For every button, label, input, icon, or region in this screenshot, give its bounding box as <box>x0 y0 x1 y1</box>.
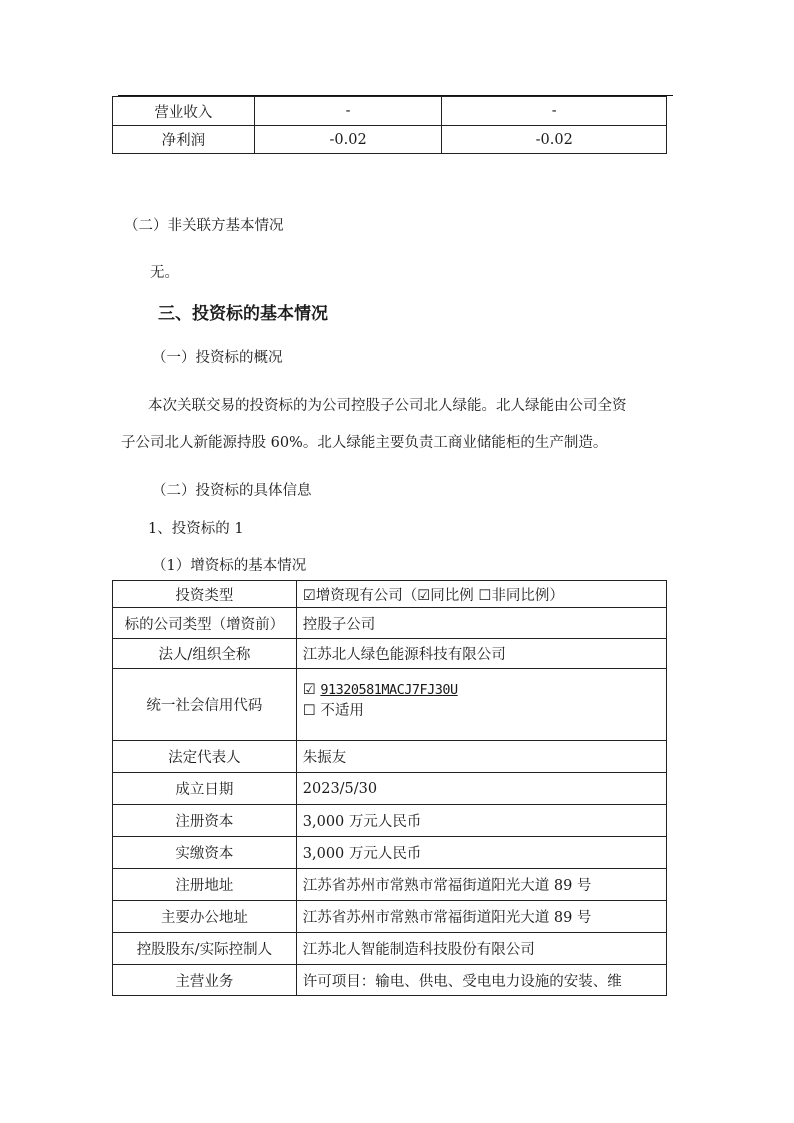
row-label: 主要办公地址 <box>113 901 297 933</box>
table-row: 投资类型 ☑增资现有公司（☑同比例 ☐非同比例） <box>113 581 667 608</box>
non-related-body: 无。 <box>150 263 179 283</box>
cell-value: -0.02 <box>254 126 442 154</box>
basic-info-heading: （1）增资标的基本情况 <box>152 556 306 576</box>
row-label: 营业收入 <box>113 97 255 126</box>
table-row: 主要办公地址 江苏省苏州市常熟市常福街道阳光大道 89 号 <box>113 901 667 933</box>
row-label: 法定代表人 <box>113 741 297 773</box>
unchecked-box-icon[interactable]: ☐ <box>478 588 491 604</box>
row-value: 江苏北人绿色能源科技有限公司 <box>296 639 666 669</box>
table-row: 实缴资本 3,000 万元人民币 <box>113 837 667 869</box>
overview-paragraph-line2: 子公司北人新能源持股 60%。北人绿能主要负责工商业储能柜的生产制造。 <box>121 433 607 453</box>
table-row: 成立日期 2023/5/30 <box>113 773 667 805</box>
table-row: 净利润 -0.02 -0.02 <box>113 126 667 154</box>
table-row: 统一社会信用代码 ☑ 91320581MACJ7FJ30U ☐ 不适用 <box>113 669 667 741</box>
cell-value: - <box>254 97 442 126</box>
unchecked-box-icon[interactable]: ☐ <box>303 703 316 719</box>
row-label: 法人/组织全称 <box>113 639 297 669</box>
credit-code-cell: ☑ 91320581MACJ7FJ30U ☐ 不适用 <box>296 669 666 741</box>
row-label: 成立日期 <box>113 773 297 805</box>
cell-value: -0.02 <box>442 126 667 154</box>
row-label: 控股股东/实际控制人 <box>113 933 297 965</box>
table-row: 法定代表人 朱振友 <box>113 741 667 773</box>
row-value: 江苏北人智能制造科技股份有限公司 <box>296 933 666 965</box>
table-row: 主营业务 许可项目：输电、供电、受电电力设施的安装、维 <box>113 965 667 996</box>
row-label: 统一社会信用代码 <box>113 669 297 741</box>
row-value: 3,000 万元人民币 <box>296 805 666 837</box>
option-different-ratio: 非同比例） <box>491 588 564 604</box>
row-label: 标的公司类型（增资前） <box>113 608 297 639</box>
row-value: 2023/5/30 <box>296 773 666 805</box>
table-row: 法人/组织全称 江苏北人绿色能源科技有限公司 <box>113 639 667 669</box>
non-related-heading: （二）非关联方基本情况 <box>124 216 284 236</box>
row-value: 江苏省苏州市常熟市常福街道阳光大道 89 号 <box>296 869 666 901</box>
table-row: 注册资本 3,000 万元人民币 <box>113 805 667 837</box>
not-applicable-label: 不适用 <box>320 703 364 719</box>
invest-type-options: ☑增资现有公司（☑同比例 ☐非同比例） <box>296 581 666 608</box>
row-label: 注册地址 <box>113 869 297 901</box>
row-value: 控股子公司 <box>296 608 666 639</box>
row-label: 实缴资本 <box>113 837 297 869</box>
row-label: 主营业务 <box>113 965 297 996</box>
row-label: 投资类型 <box>113 581 297 608</box>
checked-box-icon[interactable]: ☑ <box>303 588 316 604</box>
credit-code: 91320581MACJ7FJ30U <box>320 682 457 698</box>
option-same-ratio: 同比例 <box>430 588 474 604</box>
overview-paragraph-line1: 本次关联交易的投资标的为公司控股子公司北人绿能。北人绿能由公司全资 <box>148 396 627 416</box>
financial-table: 营业收入 - - 净利润 -0.02 -0.02 <box>112 96 667 154</box>
row-label: 净利润 <box>113 126 255 154</box>
checked-box-icon[interactable]: ☑ <box>417 588 430 604</box>
section-heading: 三、投资标的基本情况 <box>158 299 328 324</box>
row-value: 许可项目：输电、供电、受电电力设施的安装、维 <box>296 965 666 996</box>
row-value: 3,000 万元人民币 <box>296 837 666 869</box>
table-row: 标的公司类型（增资前） 控股子公司 <box>113 608 667 639</box>
row-label: 注册资本 <box>113 805 297 837</box>
row-value: 江苏省苏州市常熟市常福街道阳光大道 89 号 <box>296 901 666 933</box>
company-info-table: 投资类型 ☑增资现有公司（☑同比例 ☐非同比例） 标的公司类型（增资前） 控股子… <box>112 580 667 996</box>
cell-value: - <box>442 97 667 126</box>
table-row: 营业收入 - - <box>113 97 667 126</box>
overview-heading: （一）投资标的概况 <box>152 348 283 368</box>
detail-heading: （二）投资标的具体信息 <box>152 481 312 501</box>
target1-heading: 1、投资标的 1 <box>148 519 244 539</box>
table-row: 注册地址 江苏省苏州市常熟市常福街道阳光大道 89 号 <box>113 869 667 901</box>
option-capital-increase: 增资现有公司（ <box>316 588 418 604</box>
checked-box-icon[interactable]: ☑ <box>303 682 316 698</box>
row-value: 朱振友 <box>296 741 666 773</box>
table-row: 控股股东/实际控制人 江苏北人智能制造科技股份有限公司 <box>113 933 667 965</box>
